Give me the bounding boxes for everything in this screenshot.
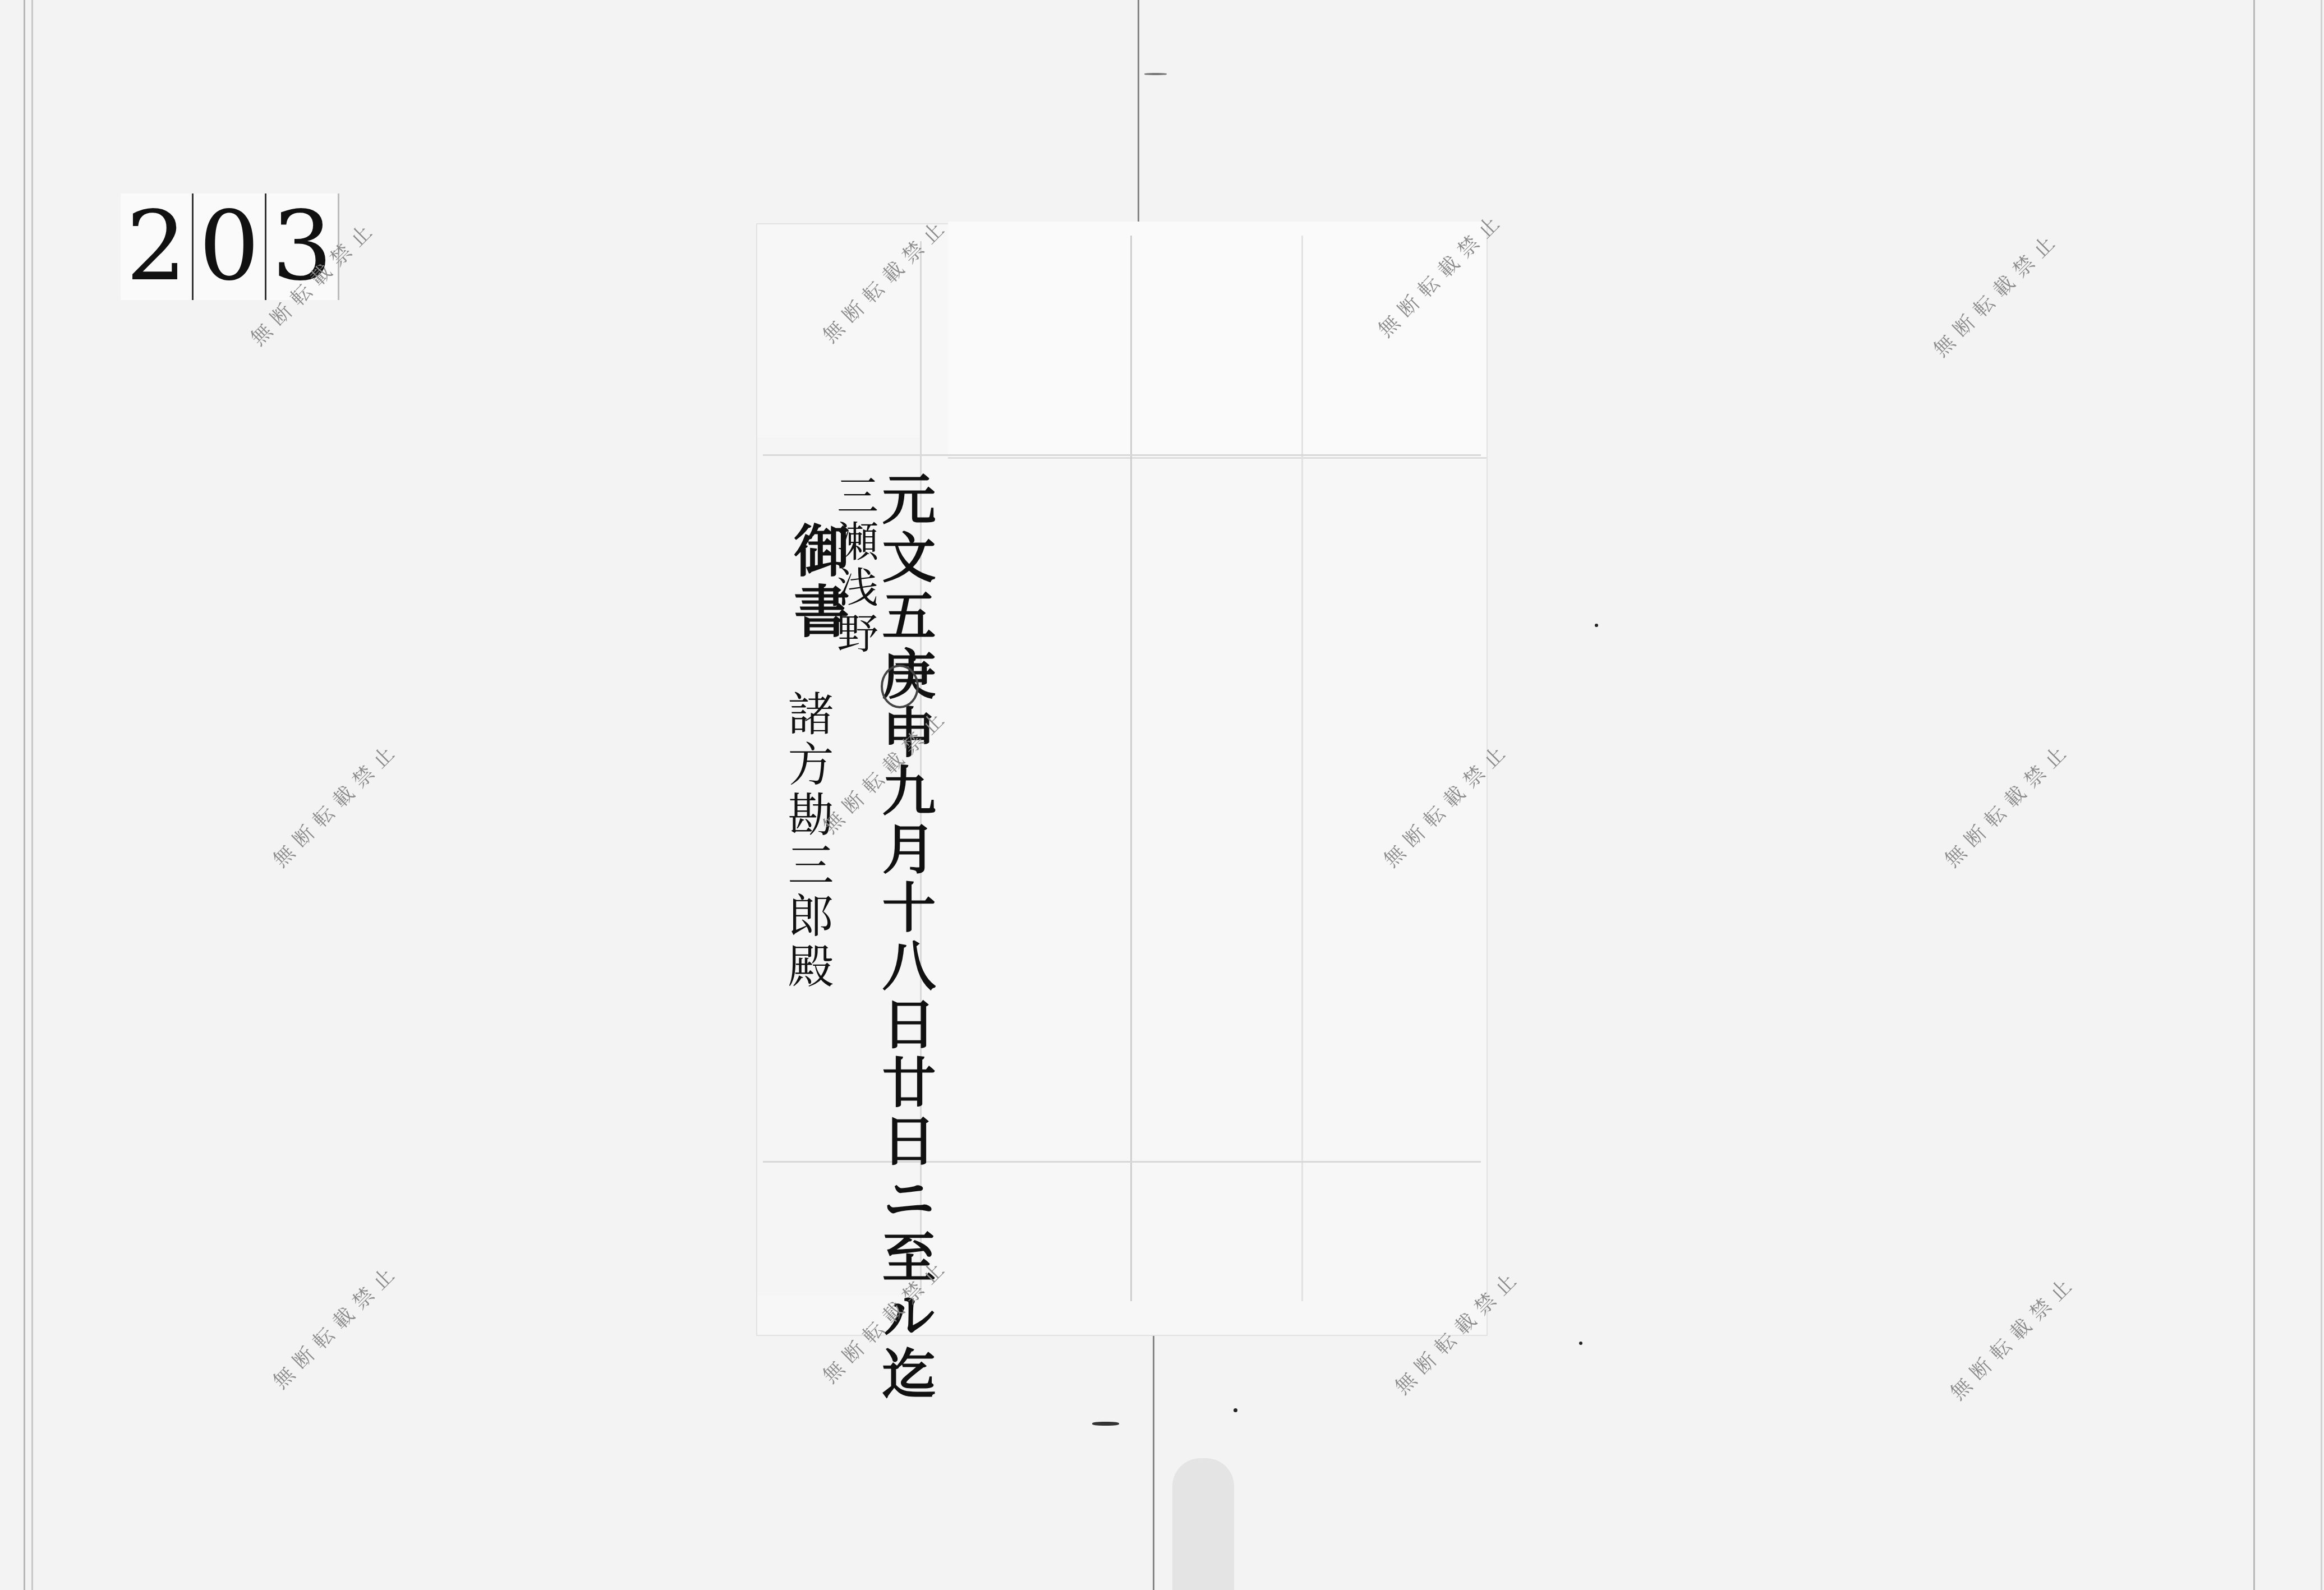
- left-edge-line-inner: [31, 0, 33, 1590]
- scanner-stand-shadow: [1172, 1458, 1234, 1590]
- dust-speck: [1579, 1342, 1582, 1345]
- center-fold-line-bottom: [1153, 1335, 1154, 1590]
- left-edge-line: [24, 0, 25, 1590]
- paper-crease-right: [1301, 236, 1303, 1301]
- ink-smudge: [1092, 1422, 1119, 1426]
- paper-crease-center: [1130, 236, 1132, 1301]
- dust-speck: [1595, 624, 1598, 627]
- envelope-top-flap: [948, 222, 1487, 459]
- frame-digit: 0: [194, 193, 266, 300]
- paper-crease-top: [763, 454, 1481, 456]
- envelope-title-column: 御書: [777, 522, 858, 643]
- right-edge-line-outer: [2321, 0, 2322, 1590]
- ink-smudge: [1144, 73, 1167, 75]
- seal-circle-mark: [881, 665, 919, 708]
- dust-speck: [1234, 1408, 1237, 1412]
- envelope-sender-column: 諸方勘三郎殿: [774, 690, 840, 993]
- frame-digit: 2: [121, 193, 194, 300]
- center-fold-line-top: [1138, 0, 1139, 233]
- right-edge-line: [2253, 0, 2255, 1590]
